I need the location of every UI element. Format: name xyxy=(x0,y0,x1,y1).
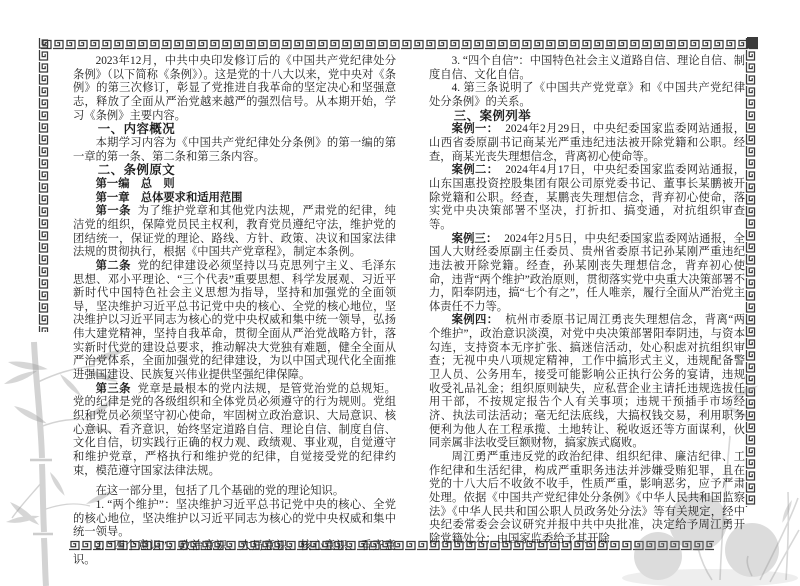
paragraph-text: 2023年12月，中共中央印发修订后的《中国共产党纪律处分条例》（以下简称《条例… xyxy=(73,55,396,122)
paragraph: 4. 第三条说明了《中国共产党党章》和《中国共产党纪律处分条例》的关系。 xyxy=(429,82,745,109)
paragraph-lead: 案例三： xyxy=(452,233,498,245)
paragraph-text: 3. “四个自信”：中国特色社会主义道路自信、理论自信、制度自信、文化自信。 xyxy=(429,55,745,81)
paragraph-lead: 案例一： xyxy=(452,123,499,135)
paragraph: 2. “四个意识”：政治意识、大局意识、核心意识、看齐意识。 xyxy=(73,540,396,567)
paragraph-text: 三、案例列举 xyxy=(454,109,531,123)
paragraph-lead: 案例二： xyxy=(452,164,499,176)
paragraph-lead: 第三条 xyxy=(96,383,131,395)
paragraph-text: 周江勇严重违反党的政治纪律、组织纪律、廉洁纪律、工作纪律和生活纪律，构成严重职务… xyxy=(429,451,745,545)
paragraph-text: 杭州市委原书记周江勇丧失理想信念，背离“两个维护”，政治意识淡漠，对党中央决策部… xyxy=(429,314,745,449)
paragraph-text: 1. “两个维护”：坚决维护习近平总书记党中央的核心、全党的核心地位，坚决维护以… xyxy=(73,499,396,538)
paragraph: 三、案例列举 xyxy=(429,110,745,124)
paragraph-text: 在这一部分里，包括了几个基础的党的理论知识。 xyxy=(96,485,345,497)
paragraph: 案例四：杭州市委原书记周江勇丧失理想信念，背离“两个维护”，政治意识淡漠，对党中… xyxy=(429,314,745,451)
paragraph-text: 2. “四个意识”：政治意识、大局意识、核心意识、看齐意识。 xyxy=(73,540,396,566)
greek-key-border-left xyxy=(33,37,51,332)
paragraph: 第一条为了维护党章和其他党内法规，严肃党的纪律，纯洁党的组织，保障党员民主权利，… xyxy=(73,205,396,260)
paragraph: 3. “四个自信”：中国特色社会主义道路自信、理论自信、制度自信、文化自信。 xyxy=(429,55,745,82)
paragraph: 第一编 总 则 xyxy=(73,178,396,192)
right-text-column: 3. “四个自信”：中国特色社会主义道路自信、理论自信、制度自信、文化自信。4.… xyxy=(429,55,745,547)
paragraph-text: 本期学习内容为《中国共产党纪律处分条例》的第一编的第一章的第一条、第二条和第三条… xyxy=(73,137,396,163)
border-corner-top-right xyxy=(747,37,758,48)
paragraph: 第三条党章是最根本的党内法规，是管党治党的总规矩。党的纪律是党的各级组织和全体党… xyxy=(73,383,396,479)
greek-key-border-top xyxy=(40,37,758,55)
paragraph: 二、条例原文 xyxy=(73,164,396,178)
paragraph: 第二条党的纪律建设必须坚持以马克思列宁主义、毛泽东思想、邓小平理论、“三个代表”… xyxy=(73,260,396,383)
paragraph-text: 党章是最根本的党内法规，是管党治党的总规矩。党的纪律是党的各级组织和全体党员必须… xyxy=(73,383,396,477)
paragraph: 本期学习内容为《中国共产党纪律处分条例》的第一编的第一章的第一条、第二条和第三条… xyxy=(73,137,396,164)
paragraph-text: 一、内容概况 xyxy=(98,122,175,136)
paragraph-text: 二、条例原文 xyxy=(98,163,175,177)
left-text-column: 2023年12月，中共中央印发修订后的《中国共产党纪律处分条例》（以下简称《条例… xyxy=(73,55,396,567)
paragraph-text: 第一编 总 则 xyxy=(96,178,175,190)
paragraph-text: 4. 第三条说明了《中国共产党党章》和《中国共产党纪律处分条例》的关系。 xyxy=(429,82,745,108)
scanned-document-page: { "document": { "subject": "中国共产党纪律处分条例学… xyxy=(0,0,800,586)
paragraph-text: 第一章 总体要求和适用范围 xyxy=(96,192,243,204)
paragraph-lead: 案例四： xyxy=(452,314,499,326)
paragraph: 案例二：2024年4月17日，中央纪委国家监委网站通报，山东国惠投资控股集团有限… xyxy=(429,164,745,232)
paragraph: 周江勇严重违反党的政治纪律、组织纪律、廉洁纪律、工作纪律和生活纪律，构成严重职务… xyxy=(429,451,745,547)
paragraph: 一、内容概况 xyxy=(73,123,396,137)
paragraph: 2023年12月，中共中央印发修订后的《中国共产党纪律处分条例》（以下简称《条例… xyxy=(73,55,396,123)
paragraph: 第一章 总体要求和适用范围 xyxy=(73,192,396,206)
paragraph: 案例一：2024年2月29日，中央纪委国家监委网站通报，山西省委原副书记商某光严… xyxy=(429,123,745,164)
paragraph-text: 党的纪律建设必须坚持以马克思列宁主义、毛泽东思想、邓小平理论、“三个代表”重要思… xyxy=(73,260,396,381)
paragraph-lead: 第一条 xyxy=(96,205,131,217)
paragraph: 案例三：2024年2月5日，中央纪委国家监委网站通报，全国人大财经委原副主任委员… xyxy=(429,233,745,315)
paragraph: 1. “两个维护”：坚决维护习近平总书记党中央的核心、全党的核心地位，坚决维护以… xyxy=(73,499,396,540)
paragraph-lead: 第二条 xyxy=(96,260,131,272)
paragraph: 在这一部分里，包括了几个基础的党的理论知识。 xyxy=(73,485,396,499)
